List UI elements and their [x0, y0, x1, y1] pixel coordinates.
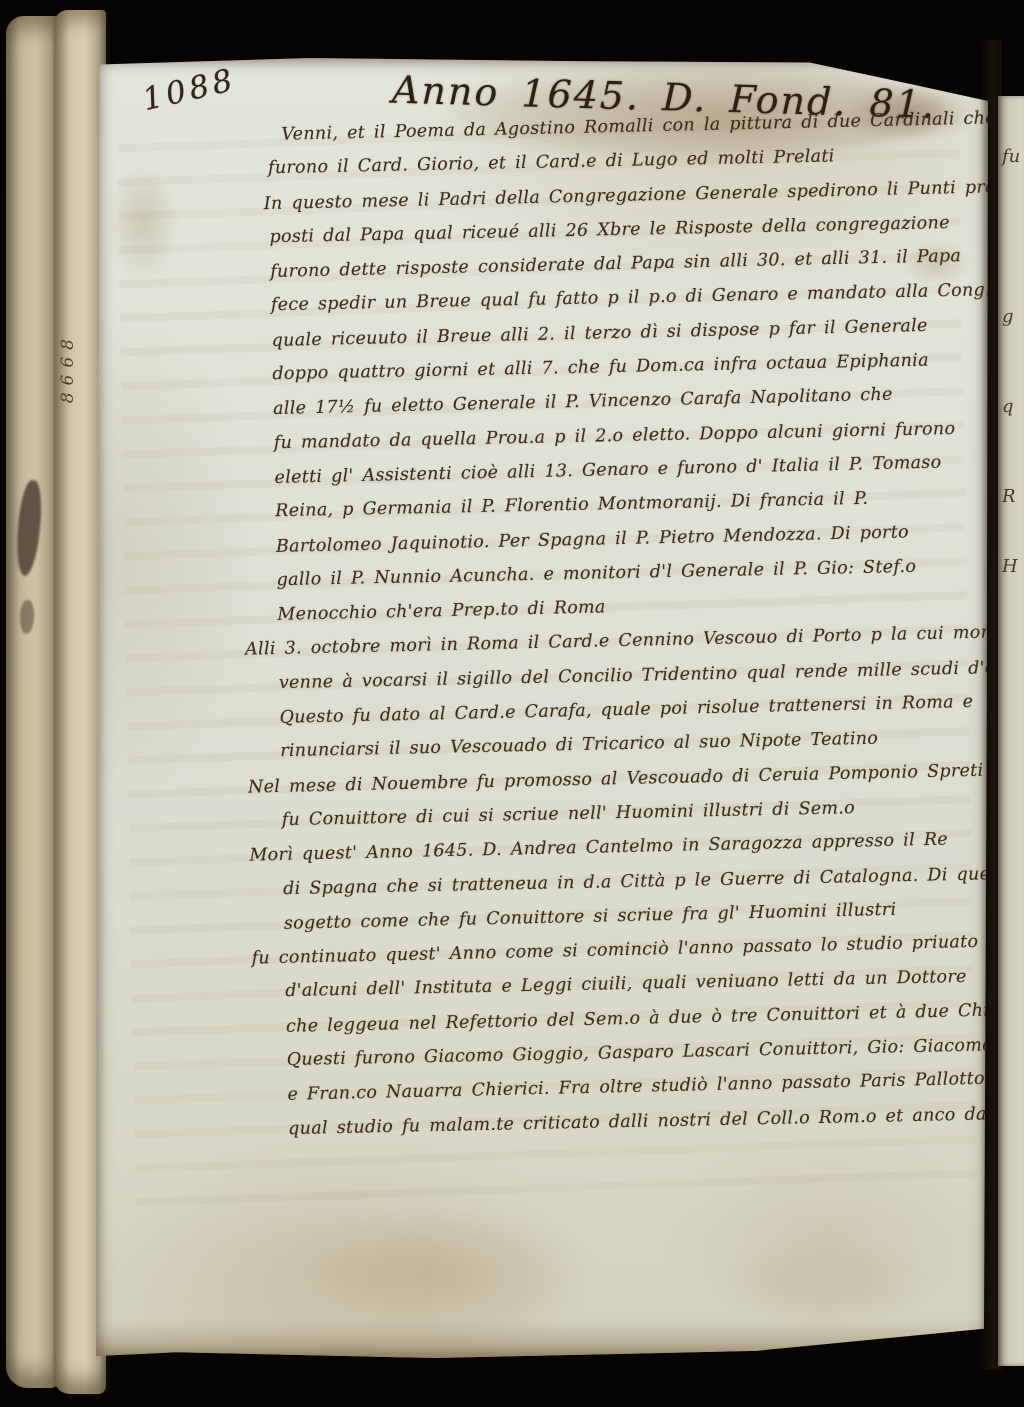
facing-page-text-fragment: fu — [1002, 146, 1020, 167]
manuscript-paragraph: Morì quest' Anno 1645. D. Andrea Cantelm… — [249, 822, 1007, 941]
facing-page-sliver: fugqRH — [998, 96, 1024, 1366]
manuscript-paragraph: Alli 3. octobre morì in Roma il Card.e C… — [245, 617, 1004, 770]
page-edge-marks: 8668 — [58, 332, 78, 403]
manuscript-text: Venni, et il Poema da Agostino Romalli c… — [234, 102, 1011, 1147]
photo-background: 8668 1088 Anno 1645. D. Fond. 81. Venni,… — [0, 0, 1024, 1407]
manuscript-paragraph: fu continuato quest' Anno come si cominc… — [251, 925, 1011, 1147]
bottom-stain — [286, 1208, 586, 1338]
margin-stain — [108, 162, 178, 282]
manuscript-page: 1088 Anno 1645. D. Fond. 81. Venni, et i… — [96, 58, 988, 1360]
facing-page-text-fragment: R — [1002, 486, 1016, 507]
facing-page-text-fragment: q — [1002, 396, 1014, 417]
bottom-stain — [716, 1238, 936, 1328]
folio-number: 1088 — [139, 62, 240, 118]
book-page-edge-outer — [6, 16, 60, 1388]
facing-page-text-fragment: H — [1002, 556, 1018, 577]
bottom-edge-discoloration — [96, 1320, 988, 1360]
facing-page-text-fragment: g — [1002, 306, 1014, 327]
manuscript-paragraph: In questo mese li Padri della Congregazi… — [235, 171, 1000, 633]
